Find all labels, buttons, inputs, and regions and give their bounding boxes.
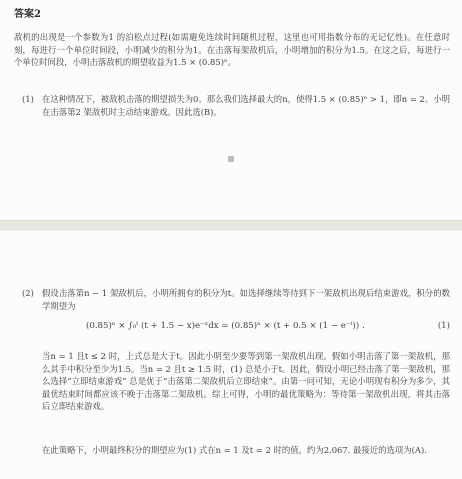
page-separator bbox=[0, 220, 462, 231]
item-text: 在这种情况下，被敌机击落的期望损失为0。那么我们选择最大的n，使得1.5 × (… bbox=[42, 93, 450, 118]
equation-body: (0.85)ⁿ × ∫₀ᵗ (t + 1.5 − x)e⁻ˣdx = (0.85… bbox=[86, 321, 365, 331]
item-text: 假设击落第n − 1 架敌机后，小明所拥有的积分为t。如选择继续等待到下一架敌机… bbox=[42, 287, 450, 312]
answer-heading: 答案2 bbox=[14, 5, 41, 20]
answer-item-2: (2) 假设击落第n − 1 架敌机后，小明所拥有的积分为t。如选择继续等待到下… bbox=[22, 287, 450, 312]
intro-paragraph: 敌机的出现是一个参数为1 的泊松点过程(如需避免连续时间随机过程，这里也可用指数… bbox=[14, 31, 450, 69]
page-marker-icon bbox=[228, 156, 234, 162]
document-page-1: 答案2 敌机的出现是一个参数为1 的泊松点过程(如需避免连续时间随机过程，这里也… bbox=[0, 0, 462, 220]
item-number: (2) bbox=[22, 287, 34, 300]
analysis-paragraph: 当n = 1 且t ≤ 2 时，上式总是大于t。因此小明至少要等到第一架敌机出现… bbox=[42, 350, 450, 413]
item-number: (1) bbox=[22, 93, 34, 106]
equation-number: (1) bbox=[438, 321, 450, 331]
equation-1: (0.85)ⁿ × ∫₀ᵗ (t + 1.5 − x)e⁻ˣdx = (0.85… bbox=[86, 321, 450, 331]
answer-item-1: (1) 在这种情况下，被敌机击落的期望损失为0。那么我们选择最大的n，使得1.5… bbox=[22, 93, 450, 118]
conclusion-paragraph: 在此策略下，小明最终积分的期望应为(1) 式在n = 1 及t = 2 时的值，… bbox=[42, 444, 450, 457]
document-page-2: (2) 假设击落第n − 1 架敌机后，小明所拥有的积分为t。如选择继续等待到下… bbox=[0, 231, 462, 479]
